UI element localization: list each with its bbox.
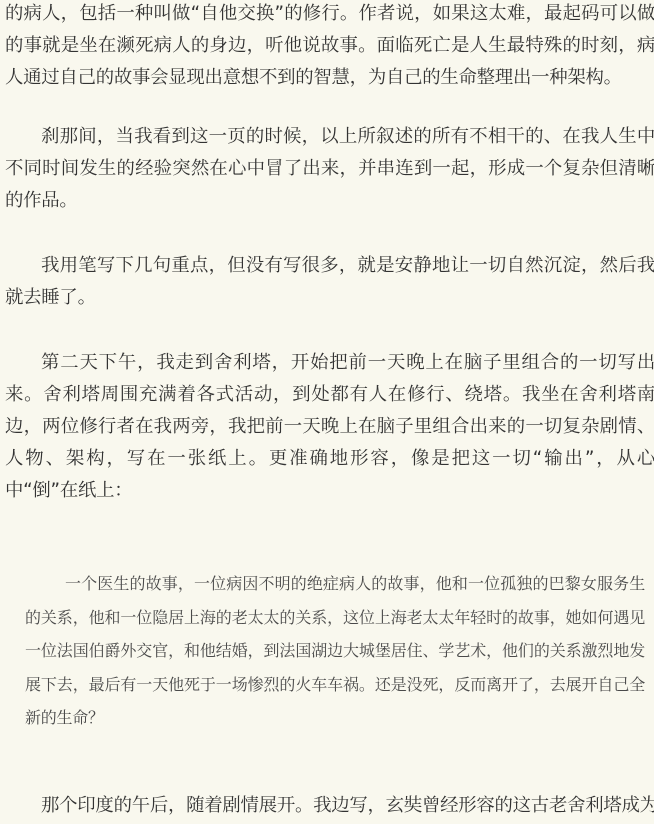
paragraph-indian-afternoon: 那个印度的午后，随着剧情展开。我边写，玄奘曾经形容的这古老舍利塔成为 — [5, 790, 654, 822]
paragraph-stupa-writing: 第二天下午，我走到舍利塔，开始把前一天晚上在脑子里组合的一切写出来。舍利塔周围充… — [5, 347, 654, 507]
paragraph-epiphany: 刹那间，当我看到这一页的时候，以上所叙述的所有不相干的、在我人生中不同时间发生的… — [5, 121, 654, 217]
paragraph-went-to-sleep: 我用笔写下几句重点，但没有写很多，就是安静地让一切自然沉淀，然后我就去睡了。 — [5, 250, 654, 314]
paragraph-dying-patient: 的病人，包括一种叫做“自他交换”的修行。作者说，如果这太难，最起码可以做的事就是… — [5, 0, 654, 94]
story-outline-quote: 一个医生的故事，一位病因不明的绝症病人的故事，他和一位孤独的巴黎女服务生的关系，… — [25, 567, 645, 735]
